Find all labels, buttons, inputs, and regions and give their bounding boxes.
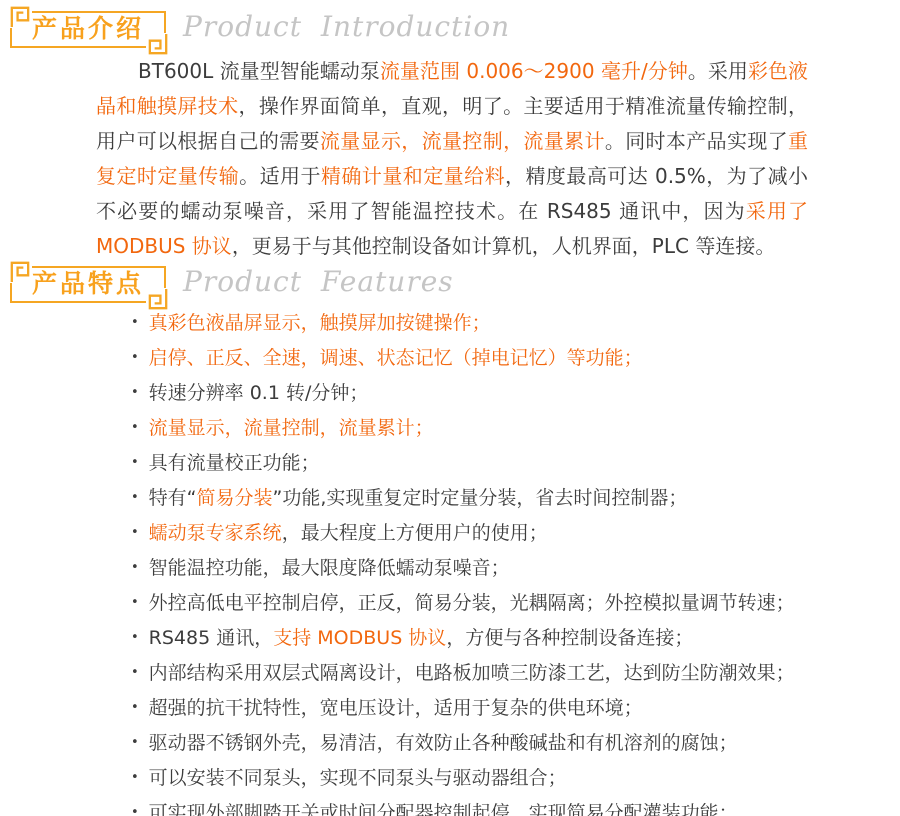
text-run-dark: 具有流量校正功能； [149, 452, 320, 474]
text-run-dark: 超强的抗干扰特性，宽电压设计，适用于复杂的供电环境； [149, 697, 643, 719]
feature-text: 流量显示，流量控制，流量累计； [149, 418, 434, 438]
feature-text: 智能温控功能，最大限度降低蠕动泵噪音； [149, 558, 510, 578]
text-run-dark: ，更易于与其他控制设备如计算机，人机界面，PLC 等连接。 [232, 234, 776, 258]
feature-list-item: • 转速分辨率 0.1 转/分钟； [131, 383, 900, 403]
feature-list-item: • 内部结构采用双层式隔离设计，电路板加喷三防漆工艺，达到防尘防潮效果； [131, 663, 900, 683]
feature-text: 可实现外部脚踏开关或时间分配器控制起停，实现简易分配灌装功能； [149, 803, 738, 816]
text-run-dark: 转速分辨率 0.1 转/分钟； [149, 382, 369, 404]
introduction-title-en: Product Introduction [183, 12, 510, 43]
feature-list-item: • 蠕动泵专家系统，最大程度上方便用户的使用； [131, 523, 900, 543]
section-header-introduction: 产品介绍 Product Introduction [10, 0, 900, 48]
fret-ornament-icon [7, 3, 32, 28]
feature-text: 蠕动泵专家系统，最大程度上方便用户的使用； [149, 523, 548, 543]
bullet-icon: • [131, 558, 139, 578]
introduction-title-box: 产品介绍 [10, 11, 166, 48]
product-page: 产品介绍 Product Introduction BT600L 流量型智能蠕动… [0, 0, 900, 816]
bullet-icon: • [131, 488, 139, 508]
features-list: • 真彩色液晶屏显示，触摸屏加按键操作； • 启停、正反、全速，调速、状态记忆（… [131, 313, 900, 816]
text-run-dark: 。适用于 [239, 164, 321, 188]
bullet-icon: • [131, 418, 139, 438]
bullet-icon: • [131, 348, 139, 368]
text-run-orange: 流量显示，流量控制，流量累计 [320, 129, 605, 153]
text-run-dark: 特有“ [149, 487, 197, 509]
product-features-section: 产品特点 Product Features • 真彩色液晶屏显示，触摸屏加按键操… [0, 266, 900, 816]
text-run-dark: 智能温控功能，最大限度降低蠕动泵噪音； [149, 557, 510, 579]
feature-list-item: • 启停、正反、全速，调速、状态记忆（掉电记忆）等功能； [131, 348, 900, 368]
fret-ornament-icon [146, 33, 171, 58]
feature-list-item: • 特有“简易分装”功能,实现重复定时定量分装，省去时间控制器； [131, 488, 900, 508]
bullet-icon: • [131, 523, 139, 543]
text-run-orange: 支持 MODBUS 协议 [273, 627, 446, 649]
text-run-orange: 简易分装 [197, 487, 273, 509]
feature-text: 转速分辨率 0.1 转/分钟； [149, 383, 369, 403]
text-run-dark: 外控高低电平控制启停，正反，简易分装，光耦隔离；外控模拟量调节转速； [149, 592, 795, 614]
bullet-icon: • [131, 628, 139, 648]
bullet-icon: • [131, 663, 139, 683]
text-run-dark: 可实现外部脚踏开关或时间分配器控制起停，实现简易分配灌装功能； [149, 802, 738, 816]
bullet-icon: • [131, 698, 139, 718]
text-run-orange: 真彩色液晶屏显示，触摸屏加按键操作； [149, 312, 491, 334]
feature-text: 驱动器不锈钢外壳，易清洁，有效防止各种酸碱盐和有机溶剂的腐蚀； [149, 733, 738, 753]
text-run-dark: 驱动器不锈钢外壳，易清洁，有效防止各种酸碱盐和有机溶剂的腐蚀； [149, 732, 738, 754]
text-run-orange: 蠕动泵专家系统 [149, 522, 282, 544]
feature-list-item: • 可以安装不同泵头，实现不同泵头与驱动器组合； [131, 768, 900, 788]
feature-text: 启停、正反、全速，调速、状态记忆（掉电记忆）等功能； [149, 348, 643, 368]
fret-ornament-icon [146, 288, 171, 313]
feature-list-item: • 具有流量校正功能； [131, 453, 900, 473]
feature-text: 真彩色液晶屏显示，触摸屏加按键操作； [149, 313, 491, 333]
text-run-dark: RS485 通讯， [149, 627, 274, 649]
features-title-en: Product Features [183, 267, 454, 298]
feature-list-item: • 真彩色液晶屏显示，触摸屏加按键操作； [131, 313, 900, 333]
bullet-icon: • [131, 453, 139, 473]
feature-text: 可以安装不同泵头，实现不同泵头与驱动器组合； [149, 768, 567, 788]
feature-text: 外控高低电平控制启停，正反，简易分装，光耦隔离；外控模拟量调节转速； [149, 593, 795, 613]
feature-text: 特有“简易分装”功能,实现重复定时定量分装，省去时间控制器； [149, 488, 688, 508]
text-run-dark: 可以安装不同泵头，实现不同泵头与驱动器组合； [149, 767, 567, 789]
text-run-dark: 。采用 [688, 59, 748, 83]
section-header-features: 产品特点 Product Features [10, 266, 900, 303]
bullet-icon: • [131, 803, 139, 816]
text-run-orange: 启停、正反、全速，调速、状态记忆（掉电记忆）等功能； [149, 347, 643, 369]
bullet-icon: • [131, 313, 139, 333]
text-run-dark: 内部结构采用双层式隔离设计，电路板加喷三防漆工艺，达到防尘防潮效果； [149, 662, 795, 684]
features-title-box: 产品特点 [10, 266, 166, 303]
feature-list-item: • 超强的抗干扰特性，宽电压设计，适用于复杂的供电环境； [131, 698, 900, 718]
feature-list-item: • 驱动器不锈钢外壳，易清洁，有效防止各种酸碱盐和有机溶剂的腐蚀； [131, 733, 900, 753]
text-run-dark: ，最大程度上方便用户的使用； [282, 522, 548, 544]
feature-list-item: • 外控高低电平控制启停，正反，简易分装，光耦隔离；外控模拟量调节转速； [131, 593, 900, 613]
bullet-icon: • [131, 383, 139, 403]
feature-text: 超强的抗干扰特性，宽电压设计，适用于复杂的供电环境； [149, 698, 643, 718]
text-run-dark: 。同时本产品实现了 [605, 129, 788, 153]
text-run-orange: 流量范围 0.006～2900 毫升/分钟 [380, 59, 688, 83]
introduction-paragraph: BT600L 流量型智能蠕动泵流量范围 0.006～2900 毫升/分钟。采用彩… [96, 54, 808, 264]
bullet-icon: • [131, 768, 139, 788]
text-run-dark: BT600L 流量型智能蠕动泵 [138, 59, 380, 83]
feature-text: RS485 通讯，支持 MODBUS 协议，方便与各种控制设备连接； [149, 628, 694, 648]
fret-ornament-icon [7, 258, 32, 283]
features-title-cn: 产品特点 [32, 269, 144, 298]
feature-list-item: • 流量显示，流量控制，流量累计； [131, 418, 900, 438]
feature-text: 内部结构采用双层式隔离设计，电路板加喷三防漆工艺，达到防尘防潮效果； [149, 663, 795, 683]
introduction-title-cn: 产品介绍 [32, 14, 144, 43]
text-run-dark: ”功能,实现重复定时定量分装，省去时间控制器； [273, 487, 688, 509]
product-introduction-section: 产品介绍 Product Introduction BT600L 流量型智能蠕动… [0, 0, 900, 264]
text-run-orange: 精确计量和定量给料 [321, 164, 505, 188]
feature-list-item: • 可实现外部脚踏开关或时间分配器控制起停，实现简易分配灌装功能； [131, 803, 900, 816]
bullet-icon: • [131, 593, 139, 613]
feature-list-item: • 智能温控功能，最大限度降低蠕动泵噪音； [131, 558, 900, 578]
feature-text: 具有流量校正功能； [149, 453, 320, 473]
feature-list-item: • RS485 通讯，支持 MODBUS 协议，方便与各种控制设备连接； [131, 628, 900, 648]
bullet-icon: • [131, 733, 139, 753]
text-run-dark: ，方便与各种控制设备连接； [446, 627, 693, 649]
text-run-orange: 流量显示，流量控制，流量累计； [149, 417, 434, 439]
